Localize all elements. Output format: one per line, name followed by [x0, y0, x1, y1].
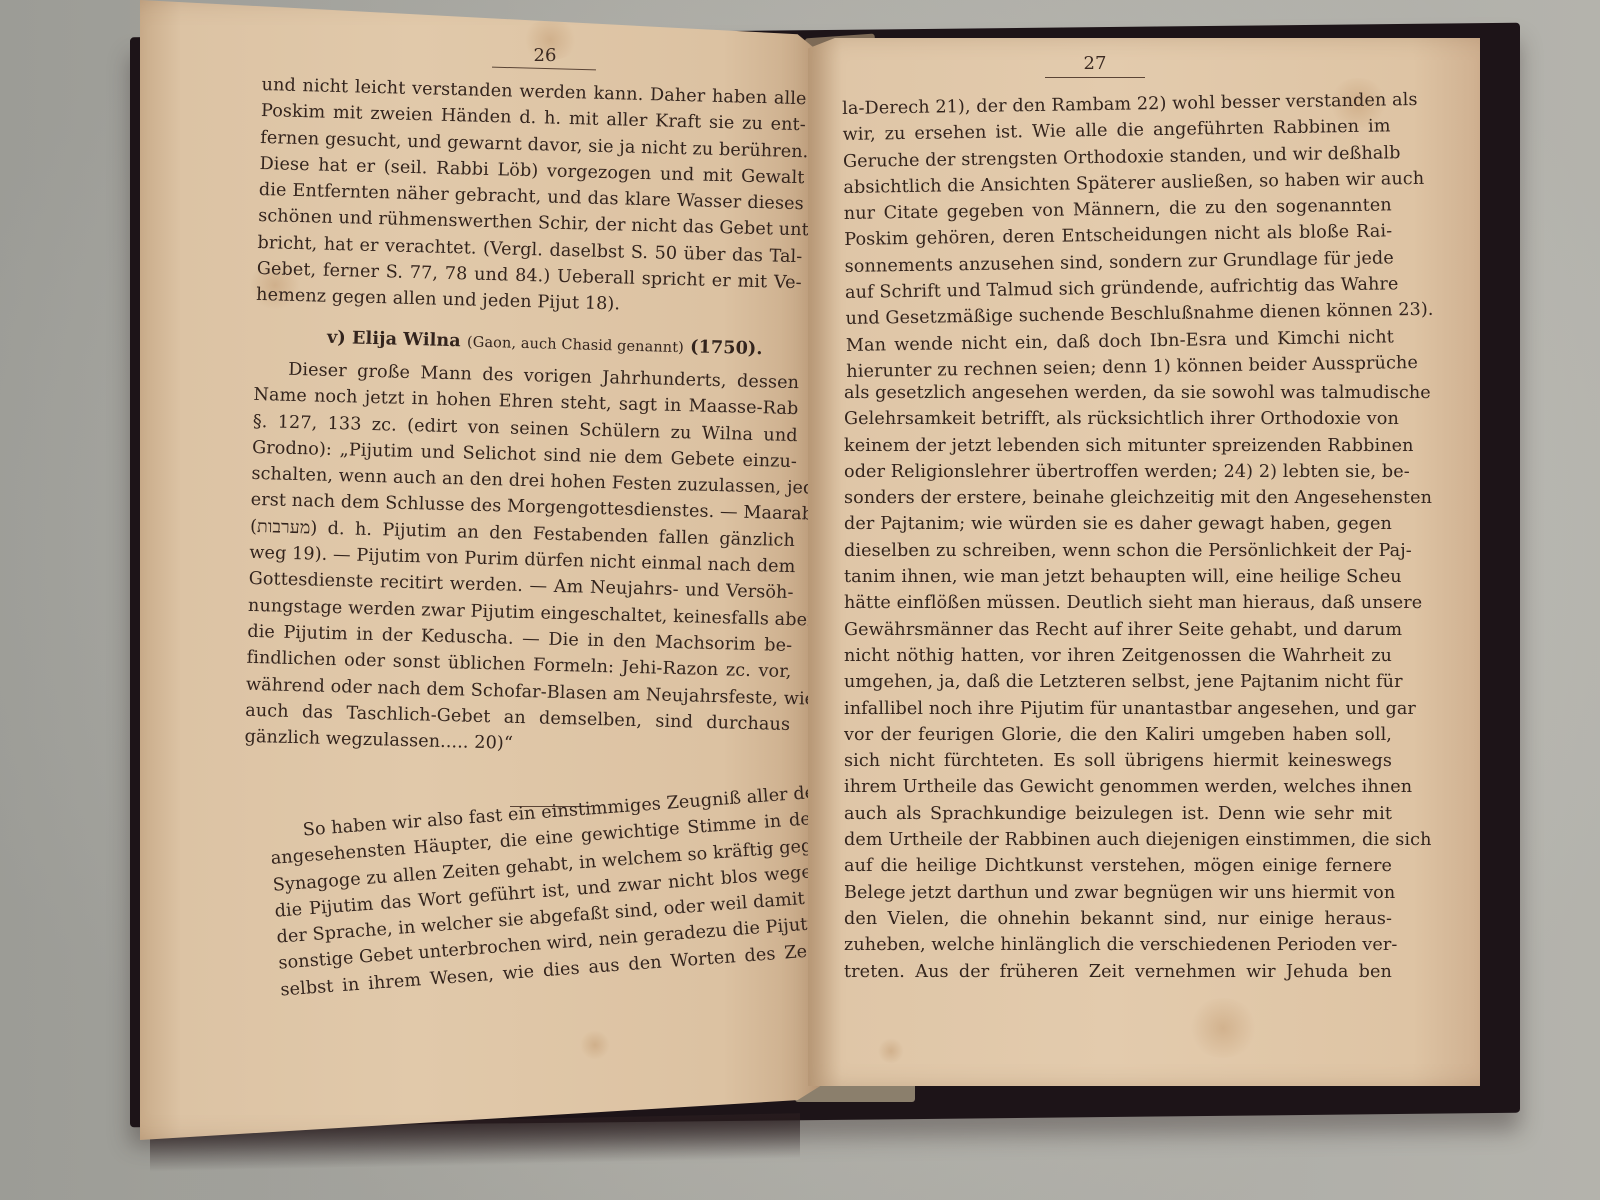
text-line: keinem der jetzt lebenden sich mitunter …	[844, 433, 1392, 459]
right-page-number: 27	[1035, 53, 1155, 74]
text-line: umgehen, ja, daß die Letzteren selbst, j…	[844, 669, 1392, 695]
section-marker: v)	[327, 326, 346, 347]
paper-stain	[580, 1030, 610, 1060]
left-page-number: 26	[485, 45, 605, 66]
text-line: als gesetzlich angesehen werden, da sie …	[844, 380, 1392, 406]
right-page-text-lower: als gesetzlich angesehen werden, da sie …	[844, 380, 1392, 985]
text-line: auf die heilige Dichtkunst verstehen, mö…	[844, 853, 1392, 879]
text-line: auch als Sprachkundige beizulegen ist. D…	[844, 801, 1392, 827]
paper-stain	[1188, 998, 1258, 1058]
right-page-text: la-Derech 21), der den Rambam 22) wohl b…	[842, 87, 1394, 385]
text-line: tanim ihnen, wie man jetzt behaupten wil…	[844, 564, 1392, 590]
text-line: nicht nöthig hatten, vor ihren Zeitgenos…	[844, 643, 1392, 669]
paragraph-continued: und nicht leicht verstanden werden kann.…	[256, 72, 807, 323]
section-year: (1750).	[690, 336, 763, 359]
text-line: vor der feurigen Glorie, die den Kaliri …	[844, 722, 1392, 748]
section-subtitle: (Gaon, auch Chasid genannt)	[467, 334, 684, 356]
left-page-text-upper: und nicht leicht verstanden werden kann.…	[244, 72, 807, 764]
text-line: den Vielen, die ohnehin bekannt sind, nu…	[844, 906, 1392, 932]
text-line: Belege jetzt darthun und zwar begnügen w…	[844, 880, 1392, 906]
text-line: ihrem Urtheile das Gewicht genommen werd…	[844, 774, 1392, 800]
text-line: Gelehrsamkeit betrifft, als rücksichtlic…	[844, 406, 1392, 432]
text-line: sonders der erstere, beinahe gleichzeiti…	[844, 485, 1392, 511]
text-line: oder Religionslehrer übertroffen werden;…	[844, 459, 1392, 485]
text-line: Gewährsmänner das Recht auf ihrer Seite …	[844, 617, 1392, 643]
paper-stain	[878, 1038, 904, 1064]
text-line: treten. Aus der früheren Zeit vernehmen …	[844, 959, 1392, 985]
text-line: zuheben, welche hinlänglich die verschie…	[844, 932, 1392, 958]
text-line: dem Urtheile der Rabbinen auch diejenige…	[844, 827, 1392, 853]
section-name: Elija Wilna	[352, 327, 461, 351]
text-line: infallibel noch ihre Pijutim für unantas…	[844, 696, 1392, 722]
text-line: der Pajtanim; wie würden sie es daher ge…	[844, 511, 1392, 537]
text-line: hätte einflößen müssen. Deutlich sieht m…	[844, 590, 1392, 616]
paragraph-elija-wilna: Dieser große Mann des vorigen Jahrhunder…	[244, 356, 799, 765]
text-line: dieselben zu schreiben, wenn schon die P…	[844, 538, 1392, 564]
text-line: sich nicht fürchteten. Es soll übrigens …	[844, 748, 1392, 774]
right-header-rule	[1045, 77, 1145, 78]
